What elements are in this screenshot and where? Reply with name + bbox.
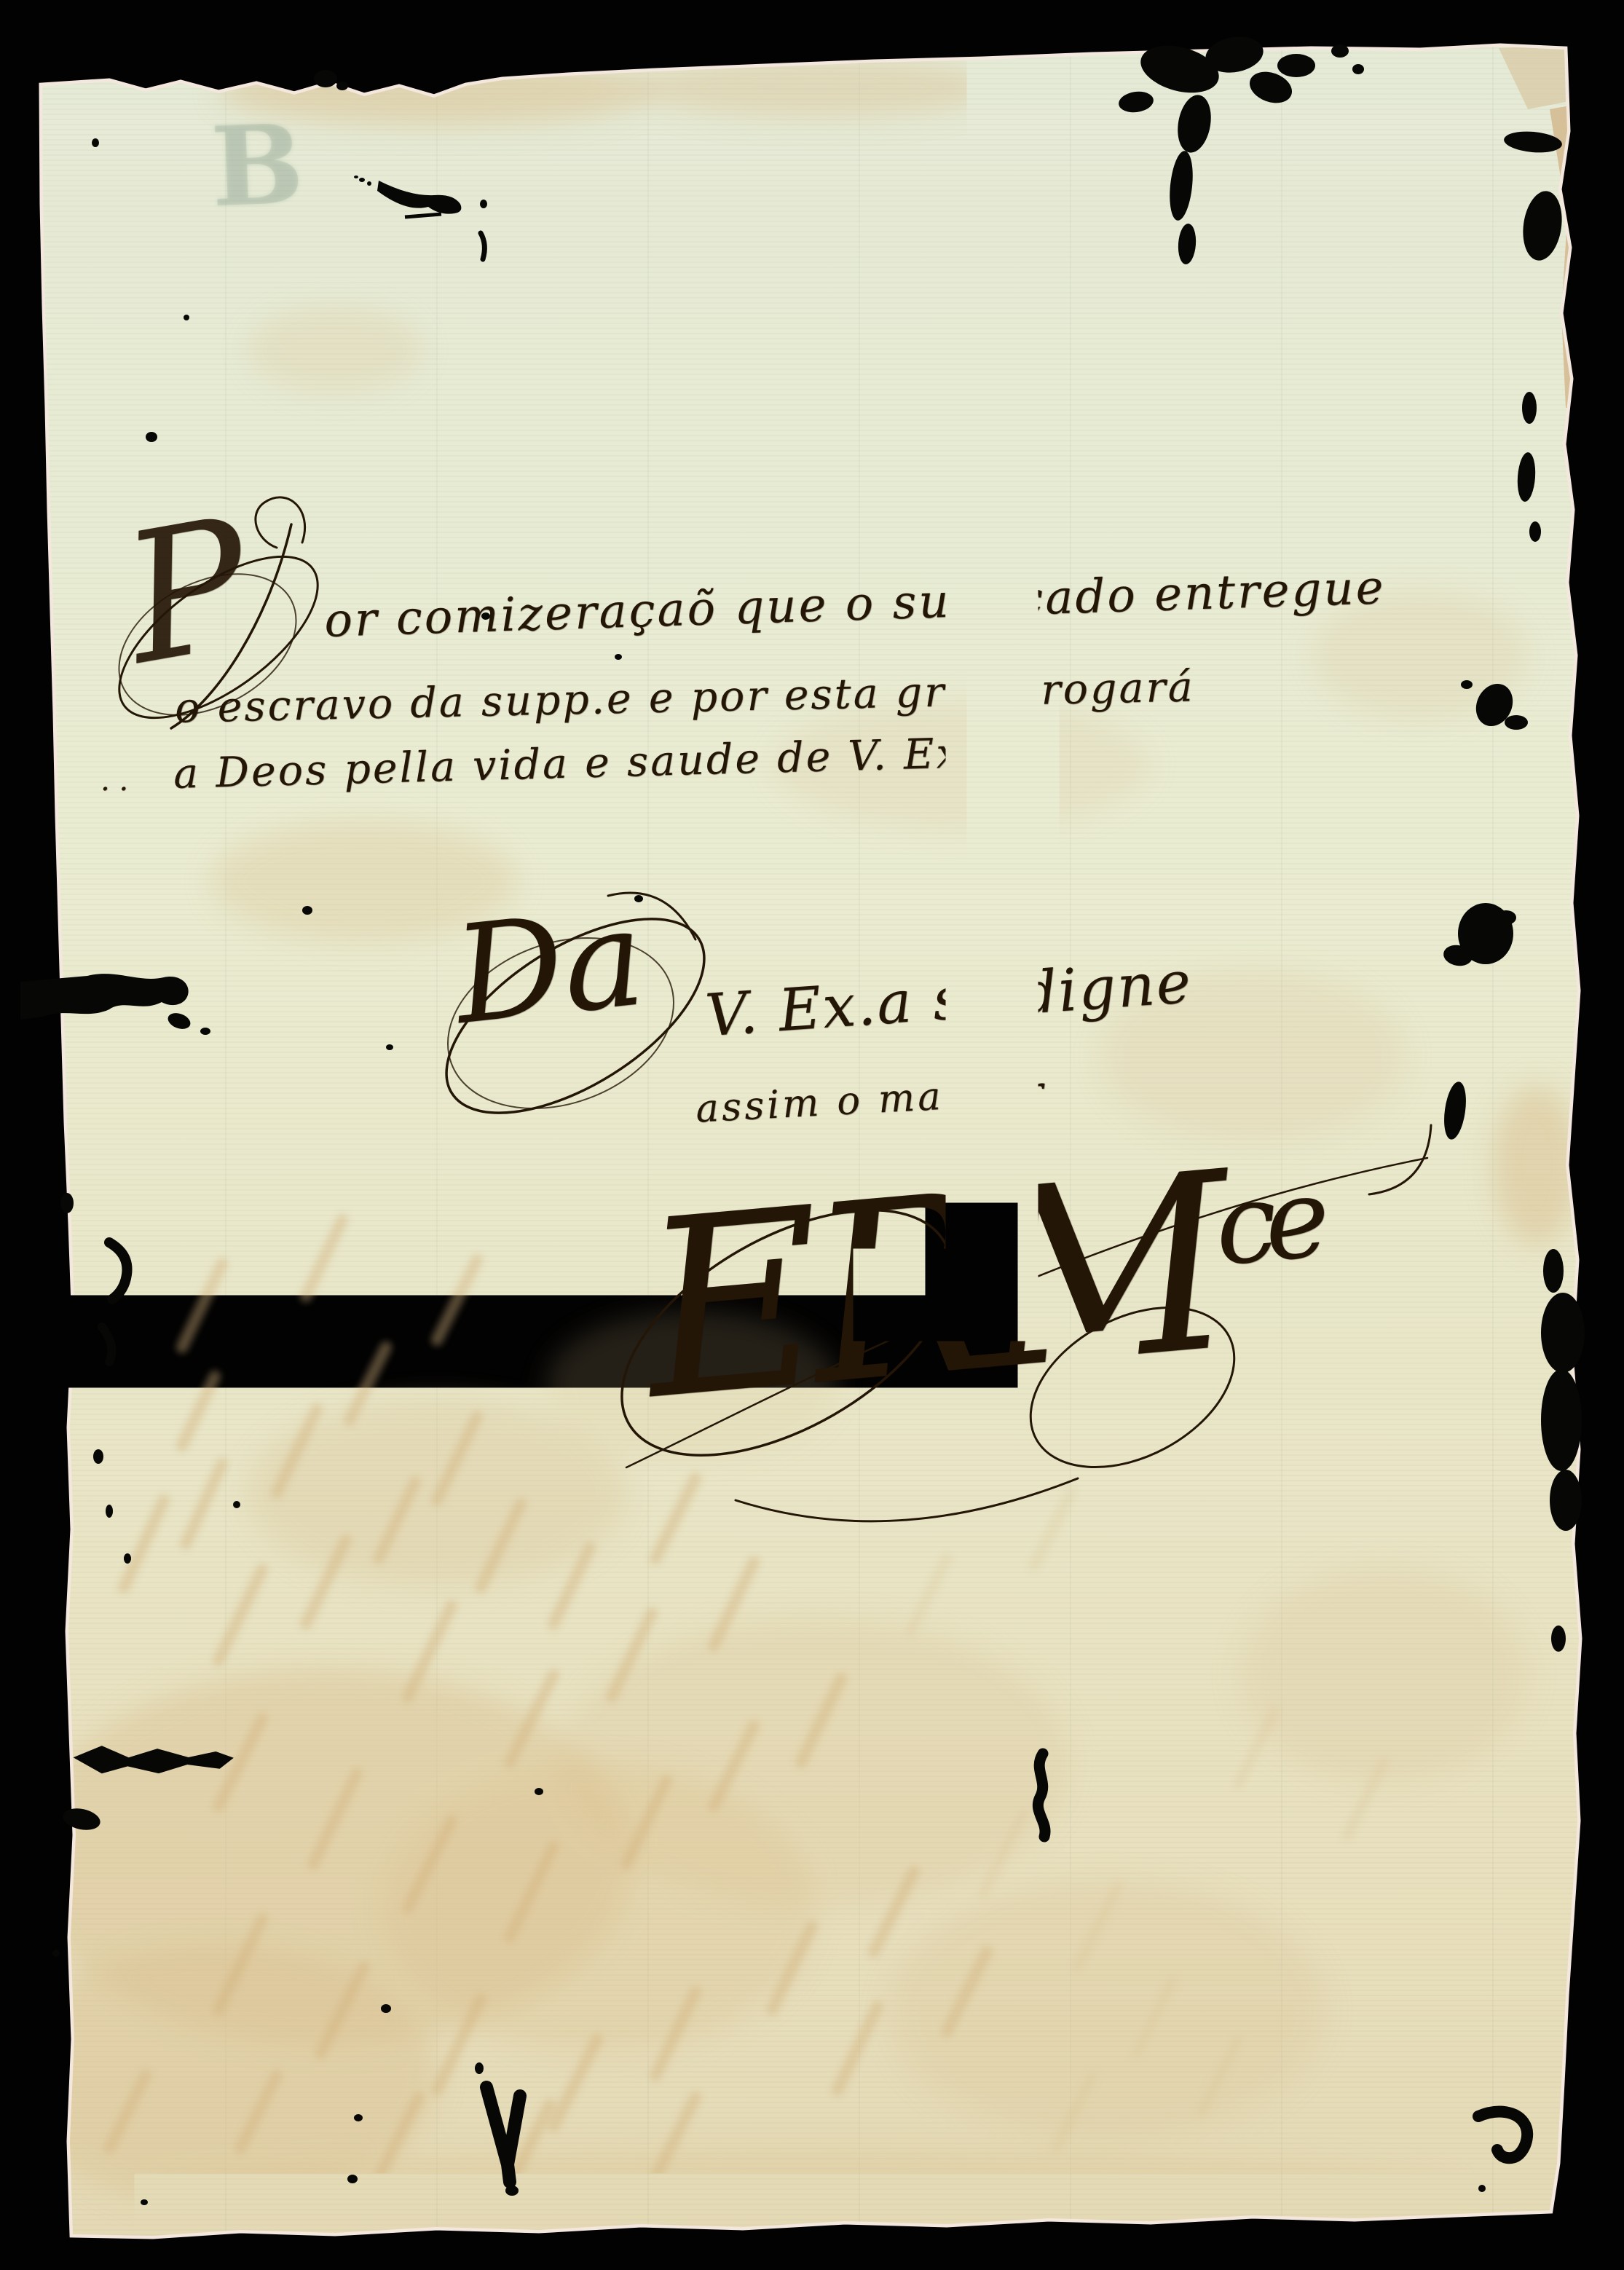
monogram-erm: ERMce [635,1132,1331,1435]
monogram-letters: ERM [634,1121,1231,1454]
body-line3-lead-dots: . . [100,766,128,795]
manuscript-page [0,0,1624,2270]
closing-initial: Da [449,890,650,1044]
monogram-superscript: ce [1210,1154,1323,1290]
scan-background: B P or comizeraçaõ que o suplicado entre… [0,0,1624,2270]
paper-watermark: B [209,101,306,232]
